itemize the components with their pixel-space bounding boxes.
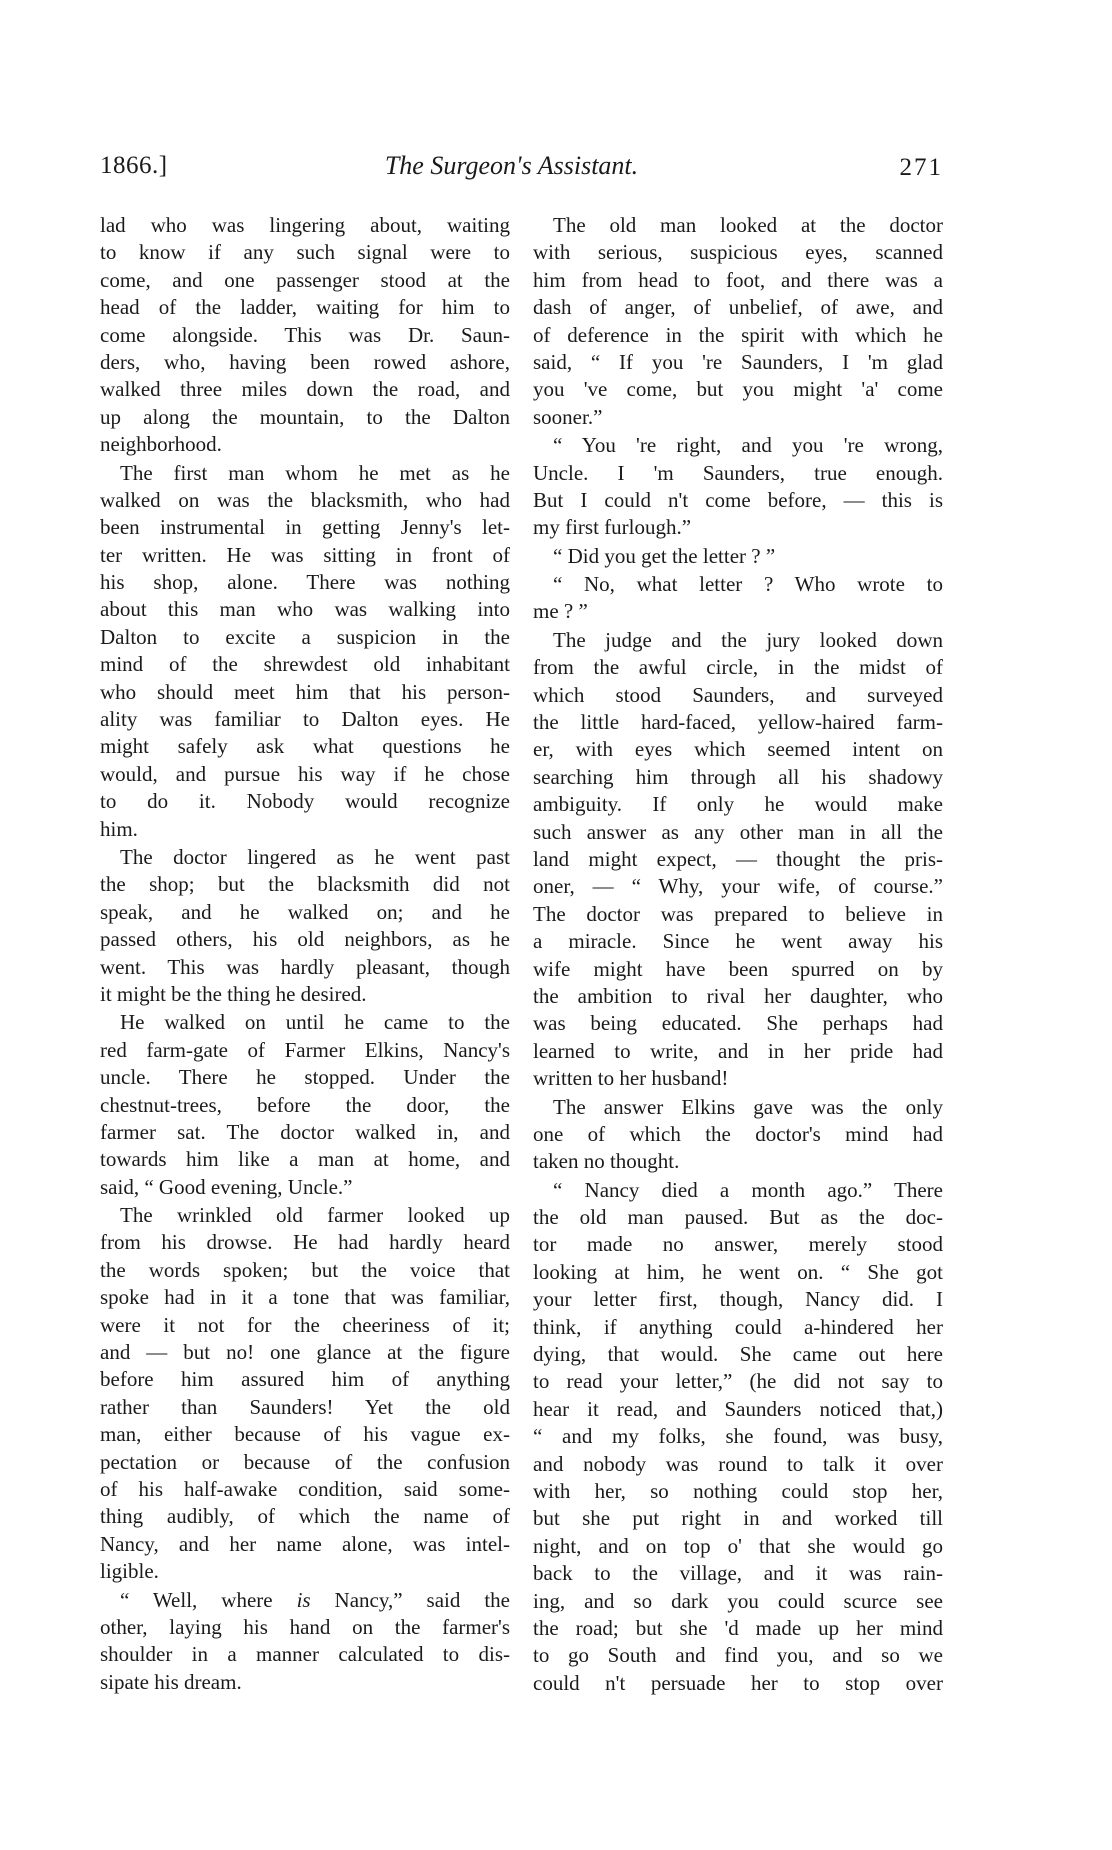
text-line: from the awful circle, in the midst of: [533, 654, 943, 681]
text-line: learned to write, and in her pride had: [533, 1038, 943, 1065]
text-line: the ambition to rival her daughter, who: [533, 983, 943, 1010]
text-line: dash of anger, of unbelief, of awe, and: [533, 294, 943, 321]
text-line: to do it. Nobody would recognize: [100, 788, 510, 815]
text-line: come, and one passenger stood at the: [100, 267, 510, 294]
text-line: er, with eyes which seemed intent on: [533, 736, 943, 763]
text-line: The wrinkled old farmer looked up: [100, 1202, 510, 1229]
text-line: the road; but she 'd made up her mind: [533, 1615, 943, 1642]
text-line: thing audibly, of which the name of: [100, 1503, 510, 1530]
paragraph: “ Did you get the letter ? ”: [533, 543, 943, 570]
text-line: “ You 're right, and you 're wrong,: [533, 432, 943, 459]
text-line: could n't persuade her to stop over: [533, 1670, 943, 1697]
text-line: Nancy, and her name alone, was intel-: [100, 1531, 510, 1558]
text-line: pectation or because of the confusion: [100, 1449, 510, 1476]
text-line: who should meet him that his person-: [100, 679, 510, 706]
text-line: The old man looked at the doctor: [533, 212, 943, 239]
header-title: The Surgeon's Assistant.: [100, 151, 943, 181]
text-line: been instrumental in getting Jenny's let…: [100, 514, 510, 541]
text-line: ligible.: [100, 1558, 510, 1585]
text-line: were it not for the cheeriness of it;: [100, 1312, 510, 1339]
text-line: the little hard-faced, yellow-haired far…: [533, 709, 943, 736]
text-line: other, laying his hand on the farmer's: [100, 1614, 510, 1641]
text-line: looking at him, he went on. “ She got: [533, 1259, 943, 1286]
text-line: The first man whom he met as he: [100, 460, 510, 487]
text-line: you 've come, but you might 'a' come: [533, 376, 943, 403]
paragraph: The old man looked at the doctorwith ser…: [533, 212, 943, 431]
text-line: and — but no! one glance at the figure: [100, 1339, 510, 1366]
text-line: to know if any such signal were to: [100, 239, 510, 266]
text-line: But I could n't come before, — this is: [533, 487, 943, 514]
text-line: towards him like a man at home, and: [100, 1146, 510, 1173]
text-line: back to the village, and it was rain-: [533, 1560, 943, 1587]
text-line: come alongside. This was Dr. Saun-: [100, 322, 510, 349]
text-line: me ? ”: [533, 598, 943, 625]
text-line: your letter first, though, Nancy did. I: [533, 1286, 943, 1313]
text-line: but she put right in and worked till: [533, 1505, 943, 1532]
text-line: red farm-gate of Farmer Elkins, Nancy's: [100, 1037, 510, 1064]
text-line: was being educated. She perhaps had: [533, 1010, 943, 1037]
text-line: ing, and so dark you could scurce see: [533, 1588, 943, 1615]
text-line: my first furlough.”: [533, 514, 943, 541]
text-line: ambiguity. If only he would make: [533, 791, 943, 818]
text-line: ders, who, having been rowed ashore,: [100, 349, 510, 376]
text-line: would, and pursue his way if he chose: [100, 761, 510, 788]
text-line: man, either because of his vague ex-: [100, 1421, 510, 1448]
text-line: think, if anything could a-hindered her: [533, 1314, 943, 1341]
text-line: The answer Elkins gave was the only: [533, 1094, 943, 1121]
paragraph: lad who was lingering about, waitingto k…: [100, 212, 510, 459]
text-line: chestnut-trees, before the door, the: [100, 1092, 510, 1119]
text-line: with her, so nothing could stop her,: [533, 1478, 943, 1505]
text-line: a miracle. Since he went away his: [533, 928, 943, 955]
text-line: from his drowse. He had hardly heard: [100, 1229, 510, 1256]
text-line: uncle. There he stopped. Under the: [100, 1064, 510, 1091]
text-line: written to her husband!: [533, 1065, 943, 1092]
paragraph: The wrinkled old farmer looked upfrom hi…: [100, 1202, 510, 1585]
text-line: passed others, his old neighbors, as he: [100, 926, 510, 953]
text-line: with serious, suspicious eyes, scanned: [533, 239, 943, 266]
text-line: the shop; but the blacksmith did not: [100, 871, 510, 898]
text-line: oner, — “ Why, your wife, of course.”: [533, 873, 943, 900]
text-line: walked on was the blacksmith, who had: [100, 487, 510, 514]
emphasis: is: [297, 1588, 311, 1612]
text-line: said, “ If you 're Saunders, I 'm glad: [533, 349, 943, 376]
paragraph: The judge and the jury looked downfrom t…: [533, 627, 943, 1093]
text-line: went. This was hardly pleasant, though: [100, 954, 510, 981]
text-line: “ Well, where is Nancy,” said the: [100, 1587, 510, 1614]
text-line: about this man who was walking into: [100, 596, 510, 623]
paragraph: The doctor lingered as he went pastthe s…: [100, 844, 510, 1008]
text-line: walked three miles down the road, and: [100, 376, 510, 403]
text-line: He walked on until he came to the: [100, 1009, 510, 1036]
text-line: sooner.”: [533, 404, 943, 431]
text-line: tor made no answer, merely stood: [533, 1231, 943, 1258]
text-line: dying, that would. She came out here: [533, 1341, 943, 1368]
text-line: mind of the shrewdest old inhabitant: [100, 651, 510, 678]
text-line: farmer sat. The doctor walked in, and: [100, 1119, 510, 1146]
text-line: rather than Saunders! Yet the old: [100, 1394, 510, 1421]
text-line: sipate his dream.: [100, 1669, 510, 1696]
text-line: neighborhood.: [100, 431, 510, 458]
paragraph: “ Nancy died a month ago.” Therethe old …: [533, 1177, 943, 1697]
text-line: of his half-awake condition, said some-: [100, 1476, 510, 1503]
paragraph: The answer Elkins gave was the onlyone o…: [533, 1094, 943, 1176]
text-line: “ Did you get the letter ? ”: [533, 543, 943, 570]
paragraph: The first man whom he met as hewalked on…: [100, 460, 510, 843]
text-line: speak, and he walked on; and he: [100, 899, 510, 926]
text-line: spoke had in it a tone that was familiar…: [100, 1284, 510, 1311]
text-line: to read your letter,” (he did not say to: [533, 1368, 943, 1395]
text-line: head of the ladder, waiting for him to: [100, 294, 510, 321]
text-line: such answer as any other man in all the: [533, 819, 943, 846]
left-column: lad who was lingering about, waitingto k…: [100, 212, 510, 1697]
paragraph: “ Well, where is Nancy,” said theother, …: [100, 1587, 510, 1697]
text-line: ality was familiar to Dalton eyes. He: [100, 706, 510, 733]
paragraph: “ You 're right, and you 're wrong,Uncle…: [533, 432, 943, 542]
text-line: to go South and find you, and so we: [533, 1642, 943, 1669]
text-line: Dalton to excite a suspicion in the: [100, 624, 510, 651]
text-line: The judge and the jury looked down: [533, 627, 943, 654]
text-line: before him assured him of anything: [100, 1366, 510, 1393]
text-line: “ No, what letter ? Who wrote to: [533, 571, 943, 598]
running-header: 1866.] The Surgeon's Assistant. 271: [100, 152, 943, 192]
text-line: up along the mountain, to the Dalton: [100, 404, 510, 431]
text-line: The doctor was prepared to believe in: [533, 901, 943, 928]
text-line: him from head to foot, and there was a: [533, 267, 943, 294]
text-line: shoulder in a manner calculated to dis-: [100, 1641, 510, 1668]
text-line: “ Nancy died a month ago.” There: [533, 1177, 943, 1204]
text-line: searching him through all his shadowy: [533, 764, 943, 791]
text-line: night, and on top o' that she would go: [533, 1533, 943, 1560]
text-line: “ and my folks, she found, was busy,: [533, 1423, 943, 1450]
text-line: might safely ask what questions he: [100, 733, 510, 760]
text-line: it might be the thing he desired.: [100, 981, 510, 1008]
text-line: wife might have been spurred on by: [533, 956, 943, 983]
text-line: ter written. He was sitting in front of: [100, 542, 510, 569]
text-line: lad who was lingering about, waiting: [100, 212, 510, 239]
text-line: the old man paused. But as the doc-: [533, 1204, 943, 1231]
text-line: The doctor lingered as he went past: [100, 844, 510, 871]
text-line: one of which the doctor's mind had: [533, 1121, 943, 1148]
text-line: him.: [100, 816, 510, 843]
text-line: said, “ Good evening, Uncle.”: [100, 1174, 510, 1201]
text-line: and nobody was round to talk it over: [533, 1451, 943, 1478]
text-line: the words spoken; but the voice that: [100, 1257, 510, 1284]
right-column: The old man looked at the doctorwith ser…: [533, 212, 943, 1698]
text-line: Uncle. I 'm Saunders, true enough.: [533, 460, 943, 487]
paragraph: He walked on until he came to thered far…: [100, 1009, 510, 1201]
text-line: hear it read, and Saunders noticed that,…: [533, 1396, 943, 1423]
text-line: of deference in the spirit with which he: [533, 322, 943, 349]
paragraph: “ No, what letter ? Who wrote tome ? ”: [533, 571, 943, 626]
text-line: which stood Saunders, and surveyed: [533, 682, 943, 709]
text-line: land might expect, — thought the pris-: [533, 846, 943, 873]
page-number: 271: [900, 154, 944, 182]
text-line: taken no thought.: [533, 1148, 943, 1175]
text-line: his shop, alone. There was nothing: [100, 569, 510, 596]
